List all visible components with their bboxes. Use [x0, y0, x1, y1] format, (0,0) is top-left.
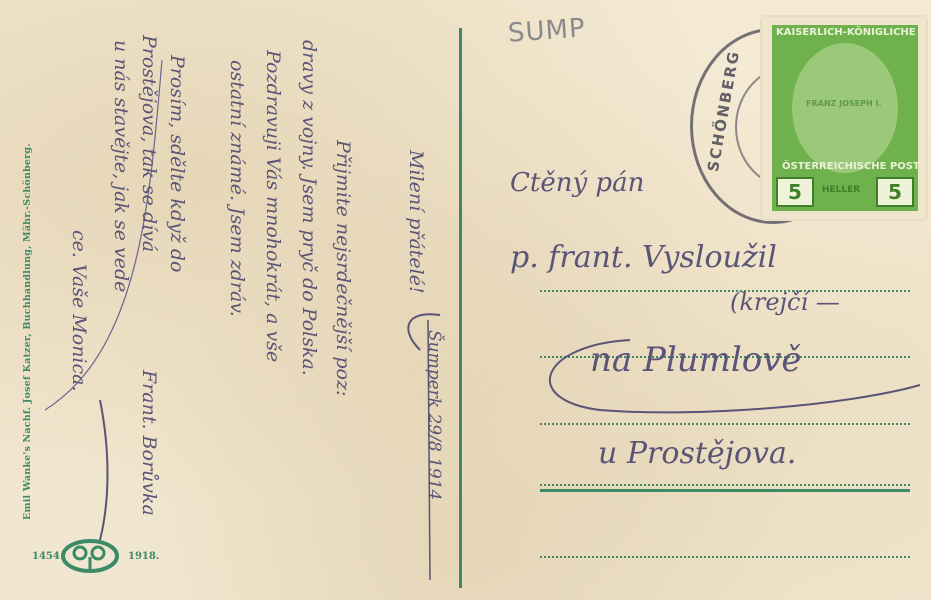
- message-line-4: ostatní známé. Jsem zdráv.: [227, 60, 246, 317]
- message-line-8: ce. Vaše Monica.: [69, 230, 88, 392]
- message-line-7: u nás stavějte, jak se vede: [111, 40, 130, 292]
- message-place-date: Šumperk 29/8 1914: [425, 330, 442, 500]
- message-signature: Frant. Borůvka: [139, 370, 158, 516]
- monogram-ornament-icon: [60, 537, 120, 575]
- message-line-3: Pozdravuji Vás mnohokrát, a vše: [263, 50, 282, 362]
- publisher-imprint: Emil Wanke's Nachf. Josef Katzer, Buchha…: [22, 143, 33, 520]
- message-line-6: Prostějova, tak se dívá: [139, 35, 158, 252]
- message-greeting: Milení přátelé!: [406, 150, 425, 294]
- message-line-2: dravy z vojny. Jsem pryč do Polska.: [299, 40, 318, 376]
- message-line-5: Prosím, sdělte když do: [167, 55, 186, 272]
- message-line-1: Přijmite nejsrdečnější poz:: [333, 140, 352, 396]
- print-year: 1918.: [128, 551, 159, 562]
- catalog-number: 1454: [32, 551, 60, 562]
